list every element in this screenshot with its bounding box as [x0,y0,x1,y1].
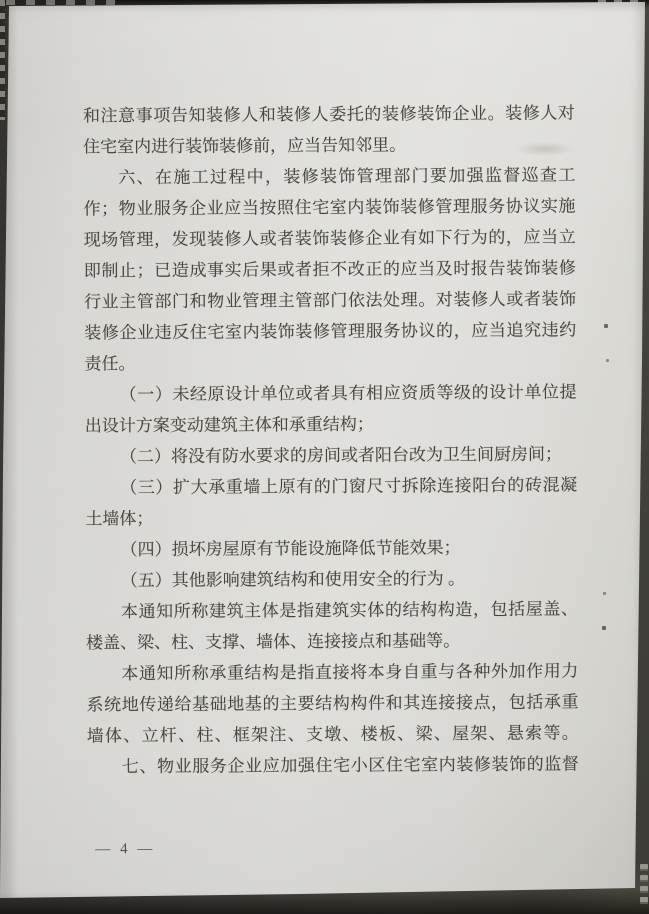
text-line: 楼盖、梁、柱、支撑、墙体、连接接点和基础等。 [86,624,578,658]
background-block [640,897,648,904]
text-line: （五）其他影响建筑结构和使用安全的行为 。 [86,562,578,596]
ink-bleed-smudge [515,142,575,156]
text-line: （一）未经原设计单位或者具有相应资质等级的设计单位提 [85,376,577,410]
paper-speck [602,626,606,630]
text-line: （四）损坏房屋原有节能设施降低节能效果； [85,531,577,565]
text-line: 装修企业违反住宅室内装饰装修管理服务协议的，应当追究违约 [84,314,576,348]
background-object-blocks [640,864,649,904]
text-line: 六、在施工过程中，装修装饰管理部门要加强监督巡查工 [83,159,575,193]
text-line: （二）将没有防水要求的房间或者阳台改为卫生间厨房间； [85,438,577,472]
text-line: 出设计方案变动建筑主体和承重结构； [85,407,577,441]
text-line: （三）扩大承重墙上原有的门窗尺寸拆除连接阳台的砖混凝 [85,469,577,503]
text-line: 住宅室内进行装饰装修前，应当告知邻里。 [83,128,575,162]
text-line: 本通知所称建筑主体是指建筑实体的结构构造，包括屋盖、 [86,593,578,627]
background-block [640,886,648,893]
background-block [640,864,648,871]
text-line: 土墙体； [85,500,577,534]
text-line: 本通知所称承重结构是指直接将本身自重与各种外加作用力 [86,655,578,689]
text-line: 系统地传递给基础地基的主要结构构件和其连接接点，包括承重 [86,686,578,720]
film-edge-marks-top-left [6,0,116,5]
page-number: — 4 — [95,841,155,858]
paper-speck [604,324,608,328]
text-line: 责任。 [84,345,576,379]
text-line: 和注意事项告知装修人和装修人委托的装修装饰企业。装修人对 [83,97,575,131]
paper-speck [606,359,609,362]
background-block [640,875,648,882]
text-line: 七、物业服务企业应加强住宅小区住宅室内装修装饰的监督 [87,748,579,782]
paper-speck [603,592,606,595]
paper-page: 和注意事项告知装修人和装修人委托的装修装饰企业。装修人对住宅室内进行装饰装修前，… [0,0,649,914]
scanned-document-photo: 和注意事项告知装修人和装修人委托的装修装饰企业。装修人对住宅室内进行装饰装修前，… [0,0,649,914]
text-line: 作；物业服务企业应当按照住宅室内装饰装修管理服务协议实施 [83,190,575,224]
body-text: 和注意事项告知装修人和装修人委托的装修装饰企业。装修人对住宅室内进行装饰装修前，… [83,97,579,782]
page-content: 和注意事项告知装修人和装修人委托的装修装饰企业。装修人对住宅室内进行装饰装修前，… [0,0,649,914]
film-edge-marks-left [0,0,5,120]
text-line: 墙体、立杆、柱、框架注、支墩、楼板、梁、屋架、悬索等。 [87,717,579,751]
text-line: 即制止；已造成事实后果或者拒不改正的应当及时报告装饰装修 [84,252,576,286]
text-line: 行业主管部门和物业管理主管部门依法处理。对装修人或者装饰 [84,283,576,317]
text-line: 现场管理，发现装修人或者装饰装修企业有如下行为的，应当立 [84,221,576,255]
